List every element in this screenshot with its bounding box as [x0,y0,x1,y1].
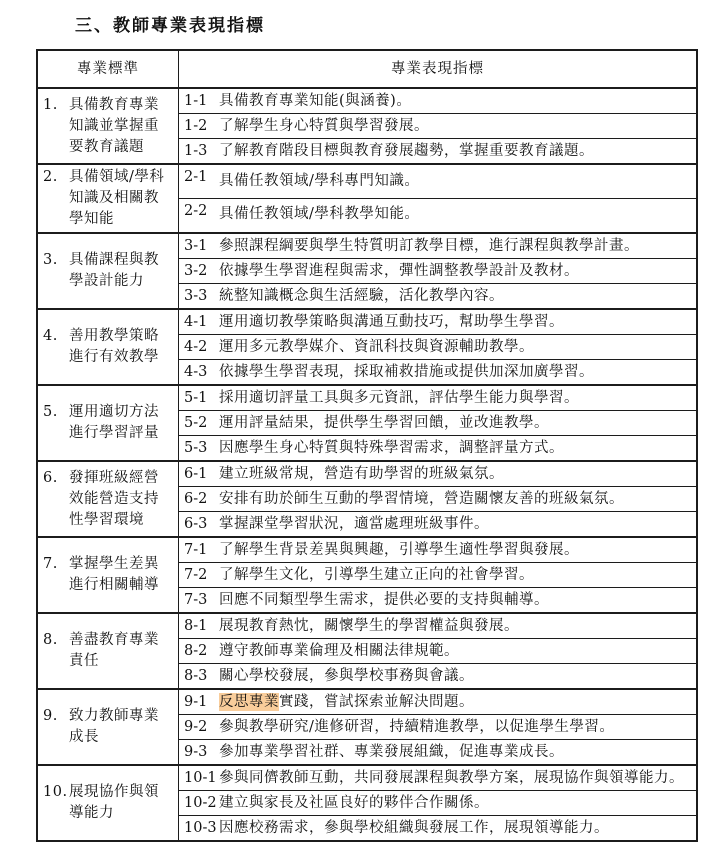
indicator-code: 6-2 [184,488,219,510]
indicator-code: 1-1 [184,90,219,112]
indicator-text: 統整知識概念與生活經驗，活化教學內容。 [219,286,692,307]
indicator-text: 了解學生背景差異與興趣，引導學生適性學習與發展。 [219,540,692,561]
standard-number: 10. [43,782,69,824]
indicator-text: 依據學生學習表現，採取補救措施或提供加深加廣學習。 [219,362,692,383]
standard-cell-inner: 4.善用教學策略進行有效教學 [43,326,176,368]
standard-cell-inner: 10.展現協作與領導能力 [43,782,176,824]
indicator-row: 7-1了解學生背景差異與興趣，引導學生適性學習與發展。 [179,538,696,562]
indicator-code: 10-3 [184,817,219,839]
standard-cell-inner: 8.善盡教育專業責任 [43,630,176,672]
standard-cell: 4.善用教學策略進行有效教學 [38,310,179,384]
indicator-code: 9-1 [184,691,219,713]
indicator-cell: 1-1具備教育專業知能(與涵養)。1-2了解學生身心特質與學習發展。1-3了解教… [179,89,696,163]
indicator-text: 關心學校發展，參與學校事務與會議。 [219,666,692,687]
standard-cell-inner: 9.致力教師專業成長 [43,706,176,748]
indicator-cell: 4-1運用適切教學策略與溝通互動技巧，幫助學生學習。4-2運用多元教學媒介、資訊… [179,310,696,384]
standard-text: 掌握學生差異進行相關輔導 [69,554,165,596]
indicator-text: 具備任教領域/學科教學知能。 [219,204,692,225]
indicator-cell: 7-1了解學生背景差異與興趣，引導學生適性學習與發展。7-2了解學生文化，引導學… [179,538,696,612]
header-indicator-label: 專業表現指標 [179,51,696,87]
standard-number: 9. [43,706,69,748]
standard-cell: 8.善盡教育專業責任 [38,614,179,688]
standard-row: 10.展現協作與領導能力10-1參與同儕教師互動，共同發展課程與教學方案，展現協… [38,764,696,840]
indicator-code: 1-2 [184,115,219,137]
indicator-text: 安排有助於師生互動的學習情境，營造關懷友善的班級氣氛。 [219,489,692,510]
standard-text: 發揮班級經營效能營造支持性學習環境 [69,468,165,531]
indicator-row: 3-1參照課程綱要與學生特質明訂教學目標，進行課程與教學計畫。 [179,234,696,258]
standard-row: 8.善盡教育專業責任8-1展現教育熱忱，關懷學生的學習權益與發展。8-2遵守教師… [38,612,696,688]
standard-text: 具備教育專業知識並掌握重要教育議題 [69,95,165,158]
standard-cell-inner: 6.發揮班級經營效能營造支持性學習環境 [43,468,176,531]
indicator-row: 3-2依據學生學習進程與需求，彈性調整教學設計及教材。 [179,258,696,283]
indicator-row: 3-3統整知識概念與生活經驗，活化教學內容。 [179,283,696,308]
standard-text: 具備課程與教學設計能力 [69,250,165,292]
indicator-text: 運用評量結果，提供學生學習回饋，並改進教學。 [219,413,692,434]
indicator-text: 回應不同類型學生需求，提供必要的支持與輔導。 [219,590,692,611]
indicator-text: 了解學生身心特質與學習發展。 [219,116,692,137]
page: 三、教師專業表現指標 專業標準 專業表現指標 1.具備教育專業知識並掌握重要教育… [0,11,718,842]
standard-text: 運用適切方法進行學習評量 [69,402,165,444]
standard-number: 6. [43,468,69,531]
standard-number: 2. [43,167,69,230]
standard-cell: 1.具備教育專業知識並掌握重要教育議題 [38,89,179,163]
indicator-row: 2-2具備任教領域/學科教學知能。 [179,198,696,231]
indicator-text: 參加專業學習社群、專業發展組織，促進專業成長。 [219,742,692,763]
indicator-code: 3-1 [184,235,219,257]
indicator-row: 9-2參與教學研究/進修研習，持續精進教學，以促進學生學習。 [179,714,696,739]
standard-text: 具備領域/學科知識及相關教學知能 [69,167,165,230]
indicator-text: 依據學生學習進程與需求，彈性調整教學設計及教材。 [219,261,692,282]
indicator-code: 6-3 [184,513,219,535]
indicator-code: 9-3 [184,741,219,763]
indicator-row: 7-3回應不同類型學生需求，提供必要的支持與輔導。 [179,587,696,612]
indicator-text: 建立與家長及社區良好的夥伴合作關係。 [219,793,692,814]
indicator-text: 具備教育專業知能(與涵養)。 [219,91,692,112]
indicator-code: 10-2 [184,792,219,814]
standard-cell: 6.發揮班級經營效能營造支持性學習環境 [38,462,179,536]
indicator-code: 8-3 [184,665,219,687]
indicator-text: 運用多元教學媒介、資訊科技與資源輔助教學。 [219,337,692,358]
indicator-text: 參照課程綱要與學生特質明訂教學目標，進行課程與教學計畫。 [219,236,692,257]
indicator-text: 採用適切評量工具與多元資訊，評估學生能力與學習。 [219,388,692,409]
indicator-row: 8-1展現教育熱忱，關懷學生的學習權益與發展。 [179,614,696,638]
indicator-cell: 9-1反思專業實踐，嘗試探索並解決問題。9-2參與教學研究/進修研習，持續精進教… [179,690,696,764]
standard-cell: 10.展現協作與領導能力 [38,766,179,840]
indicator-text: 建立班級常規，營造有助學習的班級氣氛。 [219,464,692,485]
indicator-code: 5-1 [184,387,219,409]
indicator-row: 4-2運用多元教學媒介、資訊科技與資源輔助教學。 [179,334,696,359]
standard-cell: 3.具備課程與教學設計能力 [38,234,179,308]
indicator-cell: 5-1採用適切評量工具與多元資訊，評估學生能力與學習。5-2運用評量結果，提供學… [179,386,696,460]
indicator-text: 參與教學研究/進修研習，持續精進教學，以促進學生學習。 [219,717,692,738]
indicator-row: 1-2了解學生身心特質與學習發展。 [179,113,696,138]
table-header: 專業標準 專業表現指標 [38,51,696,89]
indicator-row: 8-2遵守教師專業倫理及相關法律規範。 [179,638,696,663]
indicator-row: 5-1採用適切評量工具與多元資訊，評估學生能力與學習。 [179,386,696,410]
standard-row: 7.掌握學生差異進行相關輔導7-1了解學生背景差異與興趣，引導學生適性學習與發展… [38,536,696,612]
standard-text: 善用教學策略進行有效教學 [69,326,165,368]
indicator-row: 6-1建立班級常規，營造有助學習的班級氣氛。 [179,462,696,486]
standards-table: 專業標準 專業表現指標 1.具備教育專業知識並掌握重要教育議題1-1具備教育專業… [36,49,698,842]
indicator-row: 5-2運用評量結果，提供學生學習回饋，並改進教學。 [179,410,696,435]
indicator-row: 9-3參加專業學習社群、專業發展組織，促進專業成長。 [179,739,696,764]
indicator-code: 7-3 [184,589,219,611]
indicator-row: 7-2了解學生文化，引導學生建立正向的社會學習。 [179,562,696,587]
indicator-code: 4-1 [184,311,219,333]
indicator-row: 8-3關心學校發展，參與學校事務與會議。 [179,663,696,688]
indicator-code: 7-1 [184,539,219,561]
indicator-code: 7-2 [184,564,219,586]
standard-cell: 2.具備領域/學科知識及相關教學知能 [38,165,179,232]
standard-row: 5.運用適切方法進行學習評量5-1採用適切評量工具與多元資訊，評估學生能力與學習… [38,384,696,460]
standard-row: 2.具備領域/學科知識及相關教學知能2-1具備任教領域/學科專門知識。2-2具備… [38,163,696,232]
standard-cell-inner: 1.具備教育專業知識並掌握重要教育議題 [43,95,176,158]
indicator-code: 4-3 [184,361,219,383]
standard-row: 9.致力教師專業成長9-1反思專業實踐，嘗試探索並解決問題。9-2參與教學研究/… [38,688,696,764]
indicator-text: 遵守教師專業倫理及相關法律規範。 [219,641,692,662]
standard-row: 1.具備教育專業知識並掌握重要教育議題1-1具備教育專業知能(與涵養)。1-2了… [38,89,696,163]
indicator-code: 3-2 [184,260,219,282]
standard-number: 4. [43,326,69,368]
standard-number: 1. [43,95,69,158]
standard-row: 6.發揮班級經營效能營造支持性學習環境6-1建立班級常規，營造有助學習的班級氣氛… [38,460,696,536]
indicator-code: 5-2 [184,412,219,434]
indicator-row: 4-1運用適切教學策略與溝通互動技巧，幫助學生學習。 [179,310,696,334]
standard-cell-inner: 7.掌握學生差異進行相關輔導 [43,554,176,596]
indicator-code: 6-1 [184,463,219,485]
indicator-text: 因應學生身心特質與特殊學習需求，調整評量方式。 [219,438,692,459]
indicator-cell: 3-1參照課程綱要與學生特質明訂教學目標，進行課程與教學計畫。3-2依據學生學習… [179,234,696,308]
indicator-row: 6-3掌握課堂學習狀況，適當處理班級事件。 [179,511,696,536]
indicator-cell: 8-1展現教育熱忱，關懷學生的學習權益與發展。8-2遵守教師專業倫理及相關法律規… [179,614,696,688]
indicator-code: 5-3 [184,437,219,459]
indicator-text: 因應校務需求，參與學校組織與發展工作，展現領導能力。 [219,818,692,839]
standard-text: 致力教師專業成長 [69,706,165,748]
indicator-code: 8-2 [184,640,219,662]
indicator-code: 2-2 [184,200,219,222]
indicator-text: 了解學生文化，引導學生建立正向的社會學習。 [219,565,692,586]
standard-number: 3. [43,250,69,292]
standard-text: 善盡教育專業責任 [69,630,165,672]
standard-number: 5. [43,402,69,444]
indicator-row: 4-3依據學生學習表現，採取補救措施或提供加深加廣學習。 [179,359,696,384]
indicator-code: 8-1 [184,615,219,637]
standard-number: 7. [43,554,69,596]
indicator-row: 5-3因應學生身心特質與特殊學習需求，調整評量方式。 [179,435,696,460]
indicator-text: 了解教育階段目標與教育發展趨勢，掌握重要教育議題。 [219,141,692,162]
indicator-code: 10-1 [184,767,219,789]
indicator-text: 具備任教領域/學科專門知識。 [219,171,692,192]
document-title: 三、教師專業表現指標 [75,11,718,36]
indicator-text: 運用適切教學策略與溝通互動技巧，幫助學生學習。 [219,312,692,333]
indicator-row: 1-3了解教育階段目標與教育發展趨勢，掌握重要教育議題。 [179,138,696,163]
standard-row: 3.具備課程與教學設計能力3-1參照課程綱要與學生特質明訂教學目標，進行課程與教… [38,232,696,308]
standard-cell-inner: 5.運用適切方法進行學習評量 [43,402,176,444]
indicator-row: 10-2建立與家長及社區良好的夥伴合作關係。 [179,790,696,815]
standard-cell: 9.致力教師專業成長 [38,690,179,764]
indicator-code: 3-3 [184,285,219,307]
table-body: 1.具備教育專業知識並掌握重要教育議題1-1具備教育專業知能(與涵養)。1-2了… [38,89,696,840]
indicator-code: 9-2 [184,716,219,738]
indicator-cell: 10-1參與同儕教師互動，共同發展課程與教學方案，展現協作與領導能力。10-2建… [179,766,696,840]
indicator-code: 1-3 [184,140,219,162]
indicator-row: 10-3因應校務需求，參與學校組織與發展工作，展現領導能力。 [179,815,696,840]
indicator-row: 6-2安排有助於師生互動的學習情境，營造關懷友善的班級氣氛。 [179,486,696,511]
standard-cell: 5.運用適切方法進行學習評量 [38,386,179,460]
indicator-text: 反思專業實踐，嘗試探索並解決問題。 [219,692,692,713]
indicator-row: 9-1反思專業實踐，嘗試探索並解決問題。 [179,690,696,714]
highlight-text: 反思專業 [219,693,279,711]
indicator-code: 2-1 [184,166,219,188]
standard-row: 4.善用教學策略進行有效教學4-1運用適切教學策略與溝通互動技巧，幫助學生學習。… [38,308,696,384]
indicator-row: 10-1參與同儕教師互動，共同發展課程與教學方案，展現協作與領導能力。 [179,766,696,790]
standard-cell: 7.掌握學生差異進行相關輔導 [38,538,179,612]
indicator-cell: 2-1具備任教領域/學科專門知識。2-2具備任教領域/學科教學知能。 [179,165,696,232]
indicator-row: 2-1具備任教領域/學科專門知識。 [179,165,696,198]
standard-cell-inner: 3.具備課程與教學設計能力 [43,250,176,292]
indicator-text: 展現教育熱忱，關懷學生的學習權益與發展。 [219,616,692,637]
header-standard-label: 專業標準 [38,51,179,87]
indicator-text: 掌握課堂學習狀況，適當處理班級事件。 [219,514,692,535]
standard-text: 展現協作與領導能力 [69,782,165,824]
standard-number: 8. [43,630,69,672]
indicator-cell: 6-1建立班級常規，營造有助學習的班級氣氛。6-2安排有助於師生互動的學習情境，… [179,462,696,536]
indicator-text: 參與同儕教師互動，共同發展課程與教學方案，展現協作與領導能力。 [219,768,692,789]
indicator-row: 1-1具備教育專業知能(與涵養)。 [179,89,696,113]
standard-cell-inner: 2.具備領域/學科知識及相關教學知能 [43,167,176,230]
indicator-code: 4-2 [184,336,219,358]
